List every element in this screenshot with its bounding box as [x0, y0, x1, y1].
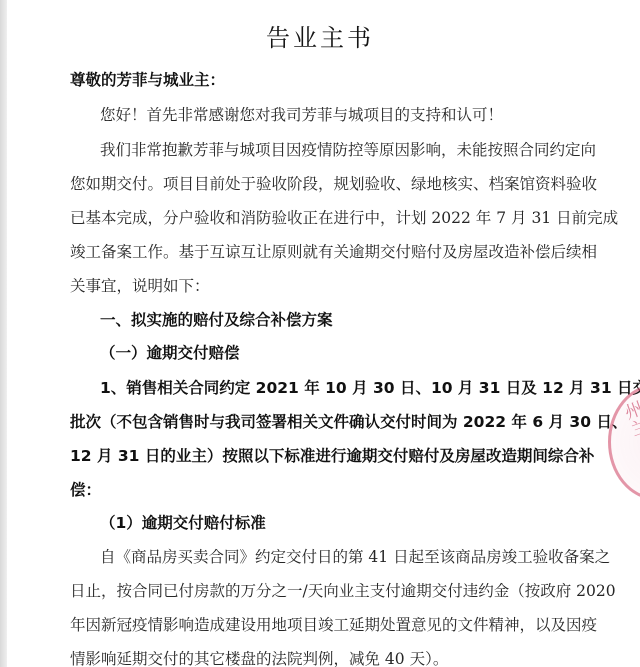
clause-1-line: 批次（不包含销售时与我司签署相关文件确认交付时间为 2022 年 6 月 30 … [70, 412, 590, 432]
standard-paragraph-line: 自《商品房买卖合同》约定交付日的第 41 日起至该商品房竣工验收备案之 [100, 547, 590, 567]
body-paragraph-line: 我们非常抱歉芳菲与城项目因疫情防控等原因影响，未能按照合同约定向 [100, 140, 590, 160]
salutation: 尊敬的芳菲与城业主： [70, 70, 590, 90]
seal-text: 州兰 [619, 399, 640, 440]
section-heading-1: 一、拟实施的赔付及综合补偿方案 [100, 310, 590, 330]
standard-paragraph-line: 年因新冠疫情影响造成建设用地项目竣工延期处置意见的文件精神，以及因疫 [70, 615, 590, 635]
standard-paragraph-line: 情影响延期交付的其它楼盘的法院判例，减免 40 天）。 [70, 649, 590, 667]
standard-paragraph-line: 日止，按合同已付房款的万分之一/天向业主支付逾期交付违约金（按政府 2020 [70, 581, 590, 601]
clause-1-line: 偿： [70, 480, 590, 500]
greeting-paragraph: 您好！首先非常感谢您对我司芳菲与城项目的支持和认可！ [100, 105, 590, 125]
clause-1-line: 1、销售相关合同约定 2021 年 10 月 30 日、10 月 31 日及 1… [100, 378, 590, 398]
item-heading-1: （1）逾期交付赔付标准 [100, 513, 590, 533]
body-paragraph-line: 已基本完成，分户验收和消防验收正在进行中，计划 2022 年 7 月 31 日前… [70, 208, 590, 228]
body-paragraph-line: 竣工备案工作。基于互谅互让原则就有关逾期交付赔付及房屋改造补偿后续相 [70, 242, 590, 262]
document-page: 告业主书 尊敬的芳菲与城业主： 您好！首先非常感谢您对我司芳菲与城项目的支持和认… [0, 0, 640, 667]
clause-1-line: 12 月 31 日的业主）按照以下标准进行逾期交付赔付及房屋改造期间综合补 [70, 446, 590, 466]
document-title: 告业主书 [0, 18, 640, 53]
subsection-heading-1: （一）逾期交付赔偿 [100, 343, 590, 363]
body-paragraph-line: 您如期交付。项目目前处于验收阶段，规划验收、绿地核实、档案馆资料验收 [70, 174, 590, 194]
body-paragraph-line: 关事宜，说明如下： [70, 276, 590, 296]
